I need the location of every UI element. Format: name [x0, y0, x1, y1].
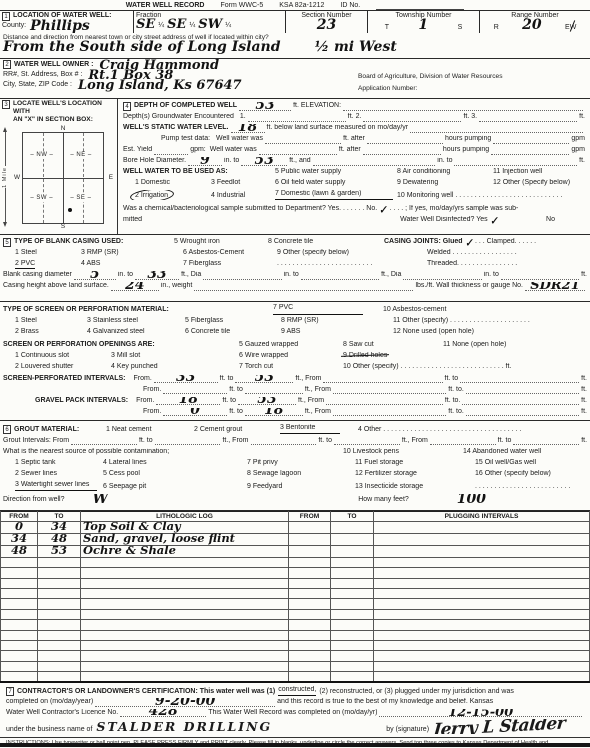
feet-label: How many feet?	[358, 496, 409, 504]
gw-ft: ft.	[579, 113, 585, 121]
screen-option-11: 11 Other (specify) . . . . . . . . . . .…	[393, 317, 530, 325]
contam-option-4: 4 Lateral lines	[103, 459, 247, 467]
use-option-1: 1 Domestic	[135, 179, 211, 187]
well-location-dot	[68, 208, 72, 212]
completed-label: completed on (mo/day/year)	[6, 698, 93, 706]
casing-ft-dia-2: ft., Dia	[381, 271, 401, 279]
casing-diameter-label: Blank casing diameter	[3, 271, 72, 279]
threaded-label: Threaded. . . . . . . . . . . . . . . .	[427, 260, 517, 268]
scan-bottom-edge	[0, 743, 590, 747]
use-option-5: 5 Public water supply	[275, 168, 397, 176]
casing-header: TYPE OF BLANK CASING USED:	[14, 238, 174, 246]
litho-from	[1, 578, 38, 588]
litho-row-empty	[1, 568, 590, 578]
screen-option-12: 12 None used (open hole)	[393, 328, 474, 336]
screen-option-9: 9 ABS	[281, 328, 393, 336]
contam-option-11: 11 Fuel storage	[355, 459, 475, 467]
contam-option-14: 14 Abandoned water well	[463, 448, 541, 456]
pump-hours-blank	[367, 136, 443, 144]
litho-to	[38, 630, 81, 640]
bore-diameter-value: 9	[200, 157, 210, 165]
litho-to	[38, 641, 81, 651]
litho-to	[38, 589, 81, 599]
sw-quadrant-label: – SW –	[29, 195, 54, 202]
litho-row-empty	[1, 599, 590, 609]
range-value: 20	[522, 20, 541, 32]
plug-to	[331, 641, 374, 651]
grout-intervals-label: Grout Intervals: From	[3, 437, 69, 445]
grout-ft-from-2: ft., From	[402, 437, 428, 445]
litho-to: 53	[38, 545, 81, 557]
yield-gpm-unit: gpm	[571, 146, 585, 154]
bore-label: Bore Hole Diameter.	[123, 157, 186, 165]
casing-height-value: 24	[125, 282, 144, 290]
record-date-value: 12-15-00	[448, 709, 513, 717]
plug-to	[331, 522, 374, 534]
casing-wall-label: lbs./ft. Wall thickness or gauge No.	[415, 282, 523, 290]
perf-from-label: From.	[134, 375, 152, 383]
casing-in-to: in. to	[118, 271, 133, 279]
grout-to2-blank	[334, 437, 400, 445]
gravel-row2-to-value: 18	[264, 408, 283, 416]
contam-option-10: 10 Livestock pens	[343, 448, 463, 456]
center-horizontal-line	[23, 178, 103, 179]
grout-option-1: 1 Neat cement	[106, 426, 194, 434]
perf-from-blank: 33	[154, 375, 218, 383]
plug-to	[331, 557, 374, 567]
completed-blank: 9-20-00	[95, 699, 275, 707]
business-name-label: under the business name of	[6, 726, 92, 734]
depth-label: DEPTH OF COMPLETED WELL	[134, 102, 237, 110]
litho-row-empty	[1, 557, 590, 567]
perf-row2-from-blank	[163, 386, 227, 394]
sample-mitted: mitted	[123, 216, 142, 224]
form-title: WATER WELL RECORD	[126, 2, 205, 10]
litho-to	[38, 651, 81, 661]
casing-diameter-value: 5	[90, 271, 100, 279]
pump-wellwater-label: Well water was	[216, 135, 263, 143]
casing-option-7: 7 Fiberglass	[183, 260, 277, 268]
gravel-row2-from-blank: 0	[163, 408, 227, 416]
grout-section: 6 GROUT MATERIAL: 1 Neat cement 2 Cement…	[0, 424, 590, 511]
id-blank-line	[376, 3, 464, 10]
gravel-row2-to2-blank	[466, 408, 579, 416]
opening-option-11: 11 None (open hole)	[443, 341, 506, 349]
litho-desc	[81, 599, 289, 609]
litho-to	[38, 557, 81, 567]
glued-checkmark: ✓	[464, 240, 473, 247]
casing-other-dots: . . . . . . . . . . . . . . . . . . . . …	[277, 260, 427, 268]
completed-date: 9-20-00	[155, 698, 215, 706]
gravel-row2-ft-from: ft., From	[305, 408, 331, 416]
litho-from	[1, 609, 38, 619]
clamped-label: . . . Clamped. . . . . .	[475, 238, 536, 246]
disinfected-yes-checkmark: ✓	[489, 218, 498, 225]
litho-to	[38, 599, 81, 609]
casing-weight-blank	[194, 283, 413, 291]
section-6-number: 6	[3, 425, 11, 434]
casing-option-8: 8 Concrete tile	[268, 238, 384, 246]
litho-to-value: 48	[51, 534, 67, 542]
arrow-down-icon	[3, 222, 7, 227]
opening-option-3: 3 Mill slot	[111, 352, 239, 360]
plug-to	[331, 661, 374, 671]
groundwater-label: Depth(s) Groundwater Encountered	[123, 113, 234, 121]
casing-option-6: 6 Asbestos-Cement	[183, 249, 277, 257]
plug-interval	[374, 651, 590, 661]
gravel-ft-from: ft., From	[298, 397, 324, 405]
litho-row-empty	[1, 630, 590, 640]
perf-ft-to: ft. to	[220, 375, 234, 383]
screen-option-10: 10 Asbestos-cement	[383, 306, 446, 314]
cert-line1b: (2) reconstructed, or (3) plugged under …	[319, 688, 514, 696]
litho-desc	[81, 672, 289, 682]
litho-desc	[81, 630, 289, 640]
use-option-10: 10 Monitoring well . . . . . . . . . . .…	[397, 192, 562, 200]
plug-interval	[374, 609, 590, 619]
casing-option-9: 9 Other (specify below)	[277, 249, 427, 257]
bore-blank-2	[313, 158, 436, 166]
litho-to	[38, 672, 81, 682]
pump-test-label: Pump test data:	[161, 135, 210, 143]
litho-row-empty	[1, 672, 590, 682]
plug-from	[289, 568, 331, 578]
section-2-number: 2	[3, 60, 11, 69]
litho-from	[1, 641, 38, 651]
pump-gpm-label: gpm	[571, 135, 585, 143]
bore-diameter-blank: 9	[188, 158, 222, 166]
casing-depth3-blank	[501, 272, 579, 280]
litho-row-empty	[1, 609, 590, 619]
county-value: Phillips	[30, 21, 90, 33]
col-header-plugging: PLUGGING INTERVALS	[374, 511, 590, 521]
bore-ft: ft.	[579, 157, 585, 165]
use-option-7: 7 Domestic (lawn & garden)	[275, 190, 393, 200]
gravel-label: GRAVEL PACK INTERVALS:	[35, 397, 128, 405]
title-bar: WATER WELL RECORD Form WWC-5 KSA 82a-121…	[0, 0, 590, 10]
use-option-3: 3 Feedlot	[211, 179, 275, 187]
perf-ft-from: ft., From	[295, 375, 321, 383]
bore-ft-and: ft., and	[289, 157, 310, 165]
location-county-cell: 1 LOCATION OF WATER WELL: County: Philli…	[0, 11, 134, 33]
static-tail: ft. below land surface measured on mo/da…	[267, 124, 409, 132]
address-label: RR#, St. Address, Box # :	[3, 71, 82, 79]
casing-ft: ft.	[581, 271, 587, 279]
mid-section: 3 LOCATE WELL'S LOCATION WITH AN "X" IN …	[0, 99, 590, 235]
grout-from2-blank	[251, 437, 317, 445]
plug-interval	[374, 630, 590, 640]
grout-ft-to-2: ft. to	[318, 437, 332, 445]
use-option-4: 4 Industrial	[211, 192, 275, 200]
bore-in-to: in. to	[224, 157, 239, 165]
grout-to1-blank	[155, 437, 221, 445]
casing-height-blank: 24	[111, 283, 159, 291]
litho-row-empty	[1, 661, 590, 671]
use-option-8: 8 Air conditioning	[397, 168, 493, 176]
signature-value: Jerry L Stalder	[432, 719, 566, 734]
litho-desc	[81, 620, 289, 630]
locate-header-2: AN "X" IN SECTION BOX:	[13, 116, 117, 124]
casing-depth2-blank	[301, 272, 379, 280]
litho-from	[1, 620, 38, 630]
yield-wellwater-label: Well water was	[210, 146, 257, 154]
screen-option-5: 5 Fiberglass	[185, 317, 281, 325]
plug-to	[331, 620, 374, 630]
litho-desc	[81, 641, 289, 651]
contamination-question: What is the nearest source of possible c…	[3, 448, 343, 456]
county-label: County:	[2, 22, 26, 30]
cert-line1a: CONTRACTOR'S OR LANDOWNER'S CERTIFICATIO…	[17, 688, 275, 696]
contam-option-5: 5 Cess pool	[103, 470, 247, 478]
contam-option-7: 7 Pit privy	[247, 459, 355, 467]
nw-quadrant-label: – NW –	[29, 152, 54, 159]
litho-desc	[81, 589, 289, 599]
plug-from	[289, 609, 331, 619]
casing-option-3: 3 RMP (SR)	[81, 249, 183, 257]
contam-option-13: 13 Insecticide storage	[355, 483, 475, 491]
litho-desc: Ochre & Shale	[81, 545, 289, 557]
cert-constructed: constructed,	[278, 686, 316, 696]
gravel-row2-to-blank: 18	[245, 408, 303, 416]
bore-depth-blank: 53	[241, 158, 287, 166]
casing-dia2-blank	[203, 272, 281, 280]
gravel-row2-from2-blank	[333, 408, 446, 416]
casing-weight-label: in., weight	[161, 282, 193, 290]
bore-blank-3	[454, 158, 577, 166]
grout-ft-from-1: ft., From	[222, 437, 248, 445]
grout-ft-3: ft.	[581, 437, 587, 445]
locate-section: 3 LOCATE WELL'S LOCATION WITH AN "X" IN …	[0, 99, 118, 234]
depth-blank: 53	[239, 103, 291, 111]
disinfected-no-label: No	[546, 216, 555, 224]
gw-blank-1	[248, 114, 346, 122]
use-option-1-text: 1 Domestic	[135, 179, 170, 187]
casing-gauge-value: SDR21	[530, 282, 580, 290]
opening-option-8: 8 Saw cut	[343, 341, 443, 349]
grout-ft-to-3: ft. to	[498, 437, 512, 445]
contam-option-6: 6 Seepage pit	[103, 483, 247, 491]
plug-from	[289, 599, 331, 609]
col-header-to2: TO	[331, 511, 374, 521]
casing-option-4: 4 ABS	[81, 260, 183, 268]
plug-from	[289, 630, 331, 640]
south-label: S	[61, 223, 65, 231]
plug-to	[331, 578, 374, 588]
perf-from2-blank	[323, 375, 442, 383]
yield-hours-label: hours pumping	[443, 146, 489, 154]
casing-section: 5 TYPE OF BLANK CASING USED: 5 Wrought i…	[0, 238, 590, 302]
sample-question: Was a chemical/bacteriological sample su…	[123, 205, 377, 213]
grout-header: GROUT MATERIAL:	[14, 426, 106, 434]
gravel-to-value: 53	[257, 397, 276, 405]
litho-row-empty	[1, 641, 590, 651]
use-option-2-text: 2 Irrigation	[135, 192, 168, 199]
license-label: Water Well Contractor's Licence No.	[6, 709, 118, 717]
yield-gpm-label: gpm:	[190, 146, 206, 154]
perf-from-label-2: From.	[143, 386, 161, 394]
contam-option-3: 3 Watertight sewer lines	[15, 481, 97, 491]
fraction-3: SW	[198, 19, 222, 30]
gravel-from-label: From.	[136, 397, 154, 405]
pump-hours-label: hours pumping	[445, 135, 491, 143]
grout-option-3: 3 Bentonite	[280, 424, 340, 434]
plug-interval	[374, 661, 590, 671]
plug-interval	[374, 620, 590, 630]
opening-option-7: 7 Torch cut	[239, 363, 343, 371]
ksa-number: KSA 82a-1212	[279, 2, 324, 10]
water-well-record-form: WATER WELL RECORD Form WWC-5 KSA 82a-121…	[0, 0, 590, 748]
contam-option-9: 9 Feedyard	[247, 483, 355, 491]
bore-depth-value: 53	[254, 157, 273, 165]
litho-desc-value: Sand, gravel, loose flint	[83, 534, 235, 542]
litho-to	[38, 578, 81, 588]
casing-gauge-blank: SDR21	[525, 283, 585, 291]
record-date-blank: 12-15-00	[379, 709, 582, 717]
casing-depth-value: 33	[147, 271, 166, 279]
sample-question-tail: . . . . ; If yes, mo/day/yrs sample was …	[390, 205, 519, 213]
casing-ft-dia: ft., Dia	[181, 271, 201, 279]
litho-desc-value: Top Soil & Clay	[83, 522, 181, 530]
township-cell: Township Number T 1 S	[368, 11, 480, 33]
litho-from	[1, 557, 38, 567]
plug-from	[289, 557, 331, 567]
east-label: E	[109, 174, 113, 182]
plug-from	[289, 534, 331, 546]
contam-option-16: 16 Other (specify below)	[475, 470, 551, 478]
plug-from	[289, 522, 331, 534]
plug-interval	[374, 522, 590, 534]
screen-option-4: 4 Galvanized steel	[87, 328, 185, 336]
perf-to2-blank	[460, 375, 579, 383]
gw-1: 1.	[240, 113, 246, 121]
perf-to-value: 53	[255, 375, 274, 383]
casing-joints-label: CASING JOINTS: Glued	[384, 238, 463, 246]
contam-option-1: 1 Septic tank	[15, 459, 103, 467]
use-option-12: 12 Other (Specify below)	[493, 179, 570, 187]
perf-to-blank: 53	[235, 375, 293, 383]
casing-option-2: 2 PVC	[15, 260, 81, 268]
litho-to-value: 53	[51, 546, 67, 554]
perf-row2-ft-to: ft. to	[229, 386, 243, 394]
litho-from-value: 34	[11, 534, 27, 542]
screen-option-1: 1 Steel	[15, 317, 87, 325]
disinfected-question: Water Well Disinfected? Yes	[400, 216, 488, 224]
plug-to	[331, 630, 374, 640]
plug-interval	[374, 589, 590, 599]
plug-to	[331, 651, 374, 661]
yield-label: Est. Yield	[123, 146, 152, 154]
yield-blank	[154, 147, 188, 155]
gw-2: ft. 2.	[348, 113, 362, 121]
township-s: S	[458, 24, 463, 32]
grout-ft-to-1: ft. to	[139, 437, 153, 445]
township-t: T	[385, 24, 389, 32]
litho-row-empty	[1, 620, 590, 630]
depth-value: 53	[255, 102, 274, 111]
litho-to	[38, 661, 81, 671]
section-5-number: 5	[3, 238, 11, 247]
grout-option-4: 4 Other . . . . . . . . . . . . . . . . …	[358, 426, 521, 434]
plug-interval	[374, 641, 590, 651]
plug-to	[331, 599, 374, 609]
fraction-1: SE	[136, 19, 155, 30]
perf-row2-to2-blank	[466, 386, 579, 394]
plug-from	[289, 672, 331, 682]
sample-no-checkmark: ✓	[379, 207, 388, 214]
lithologic-log-table: FROM TO LITHOLOGIC LOG FROM TO PLUGGING …	[0, 511, 590, 683]
city-value: Long Island, Ks 67647	[78, 80, 242, 91]
use-option-11: 11 Injection well	[493, 168, 542, 176]
litho-row-empty	[1, 651, 590, 661]
opening-option-1: 1 Continuous slot	[15, 352, 111, 360]
plug-from	[289, 545, 331, 557]
form-number: Form WWC-5	[220, 2, 263, 10]
scale-bar	[5, 188, 6, 222]
feet-value: 100	[457, 494, 486, 505]
perf-row2-from2-blank	[333, 386, 446, 394]
gravel-ft-to: ft. to	[222, 397, 236, 405]
litho-to	[38, 609, 81, 619]
plug-to	[331, 672, 374, 682]
plug-to	[331, 545, 374, 557]
gw-3: ft. 3.	[463, 113, 477, 121]
business-name-value: STALDER DRILLING	[96, 719, 272, 734]
id-label: ID No.	[340, 2, 360, 10]
casing-height-label: Casing height above land surface.	[3, 282, 109, 290]
license-blank: 428	[120, 709, 206, 717]
owner-section: 2 WATER WELL OWNER : Craig Hammond RR#, …	[0, 60, 590, 99]
litho-to-value: 34	[51, 522, 67, 530]
litho-from	[1, 651, 38, 661]
direction-value: W	[92, 494, 108, 505]
township-value: 1	[418, 20, 428, 32]
well-detail-section: 4 DEPTH OF COMPLETED WELL 53 ft. ELEVATI…	[118, 99, 590, 234]
record-completed-label: This Water Well Record was completed on …	[208, 709, 377, 717]
quarter-3: ¼	[225, 22, 231, 30]
plug-from	[289, 578, 331, 588]
range-w-marked: W	[570, 24, 577, 32]
static-blank: 18	[231, 125, 265, 133]
use-header: WELL WATER TO BE USED AS:	[123, 168, 275, 176]
plug-interval	[374, 568, 590, 578]
gw-blank-2	[363, 114, 461, 122]
fraction-2: SE	[167, 19, 186, 30]
screen-option-3: 3 Stainless steel	[87, 317, 185, 325]
gravel-from2-blank	[326, 397, 443, 405]
openings-header: SCREEN OR PERFORATION OPENINGS ARE:	[3, 341, 239, 349]
perf-ft: ft.	[581, 375, 587, 383]
perf-row2-ft-to-2: ft. to.	[448, 386, 464, 394]
gravel-from-value: 18	[179, 397, 198, 405]
perf-row2-ft: ft.	[581, 386, 587, 394]
col-header-from2: FROM	[289, 511, 331, 521]
location-row: 1 LOCATION OF WATER WELL: County: Philli…	[0, 10, 590, 33]
plug-to	[331, 609, 374, 619]
grout-option-2: 2 Cement grout	[194, 426, 280, 434]
casing-depth-blank: 33	[135, 272, 179, 280]
application-number-label: Application Number:	[358, 85, 503, 93]
casing-option-2-text: 2 PVC	[15, 260, 35, 268]
use-option-6: 6 Oil field water supply	[275, 179, 397, 187]
board-of-agriculture: Board of Agriculture, Division of Water …	[358, 73, 503, 81]
litho-from-value: 48	[11, 546, 27, 554]
casing-in-to-2: in. to	[284, 271, 299, 279]
plug-from	[289, 641, 331, 651]
litho-from-value: 0	[15, 522, 23, 530]
plug-interval	[374, 578, 590, 588]
contam-option-2: 2 Sewer lines	[15, 470, 103, 478]
opening-option-4: 4 Key punched	[111, 363, 239, 371]
